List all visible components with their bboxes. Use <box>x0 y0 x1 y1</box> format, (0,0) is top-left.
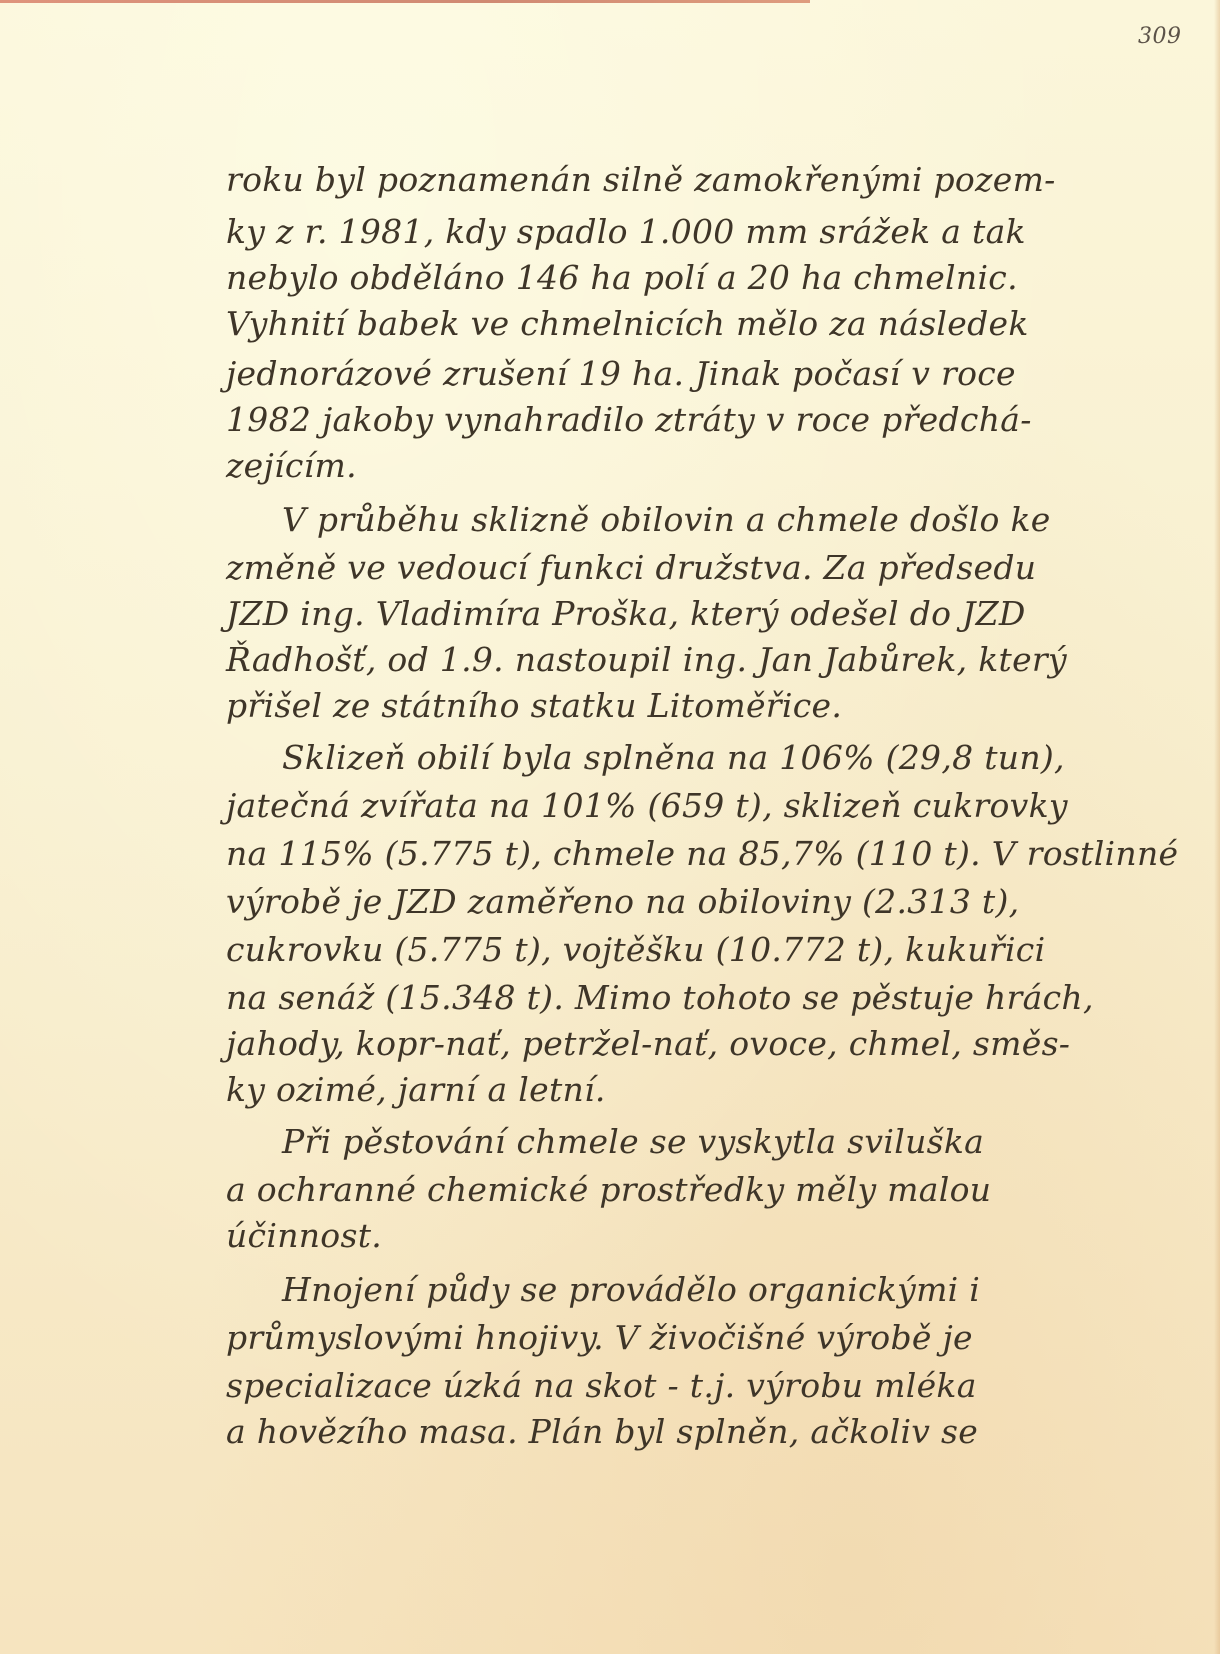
text-line: jahody, kopr-nať, petržel-nať, ovoce, ch… <box>226 1024 1070 1064</box>
text-line: Vyhnití babek ve chmelnicích mělo za nás… <box>226 304 1029 344</box>
text-line: roku byl poznamenán silně zamokřenými po… <box>226 160 1056 200</box>
text-line: na senáž (15.348 t). Mimo tohoto se pěst… <box>226 978 1094 1018</box>
text-line: průmyslovými hnojivy. V živočišné výrobě… <box>226 1318 973 1358</box>
text-line: na 115% (5.775 t), chmele na 85,7% (110 … <box>226 834 1178 874</box>
text-line: Při pěstování chmele se vyskytla svilušk… <box>282 1122 984 1162</box>
text-line: Řadhošť, od 1.9. nastoupil ing. Jan Jabů… <box>226 640 1067 680</box>
text-line: V průběhu sklizně obilovin a chmele došl… <box>282 500 1051 540</box>
text-line: JZD ing. Vladimíra Proška, který odešel … <box>226 594 1026 634</box>
text-line: 1982 jakoby vynahradilo ztráty v roce př… <box>226 400 1032 440</box>
text-line: ky ozimé, jarní a letní. <box>226 1070 606 1110</box>
text-line: nebylo obděláno 146 ha polí a 20 ha chme… <box>226 258 1018 298</box>
text-line: Hnojení půdy se provádělo organickými i <box>282 1270 980 1310</box>
page-number: 309 <box>1138 24 1182 49</box>
text-line: zejícím. <box>226 446 357 486</box>
page-right-edge <box>1214 0 1220 1654</box>
text-line: výrobě je JZD zaměřeno na obiloviny (2.3… <box>226 882 1019 922</box>
text-line: cukrovku (5.775 t), vojtěšku (10.772 t),… <box>226 930 1045 970</box>
text-line: Sklizeň obilí byla splněna na 106% (29,8… <box>282 738 1065 778</box>
text-line: a ochranné chemické prostředky měly malo… <box>226 1170 991 1210</box>
text-line: specializace úzká na skot - t.j. výrobu … <box>226 1366 977 1406</box>
text-line: a hovězího masa. Plán byl splněn, ačkoli… <box>226 1412 978 1452</box>
text-line: účinnost. <box>226 1216 382 1256</box>
text-line: změně ve vedoucí funkci družstva. Za pře… <box>226 548 1036 588</box>
text-line: ky z r. 1981, kdy spadlo 1.000 mm srážek… <box>226 212 1026 252</box>
handwritten-chronicle-page: 309 roku byl poznamenán silně zamokřeným… <box>0 0 1220 1654</box>
text-line: přišel ze státního statku Litoměřice. <box>226 686 842 726</box>
text-line: jednorázové zrušení 19 ha. Jinak počasí … <box>226 354 1016 394</box>
page-top-edge <box>0 0 810 3</box>
text-line: jatečná zvířata na 101% (659 t), sklizeň… <box>226 786 1068 826</box>
